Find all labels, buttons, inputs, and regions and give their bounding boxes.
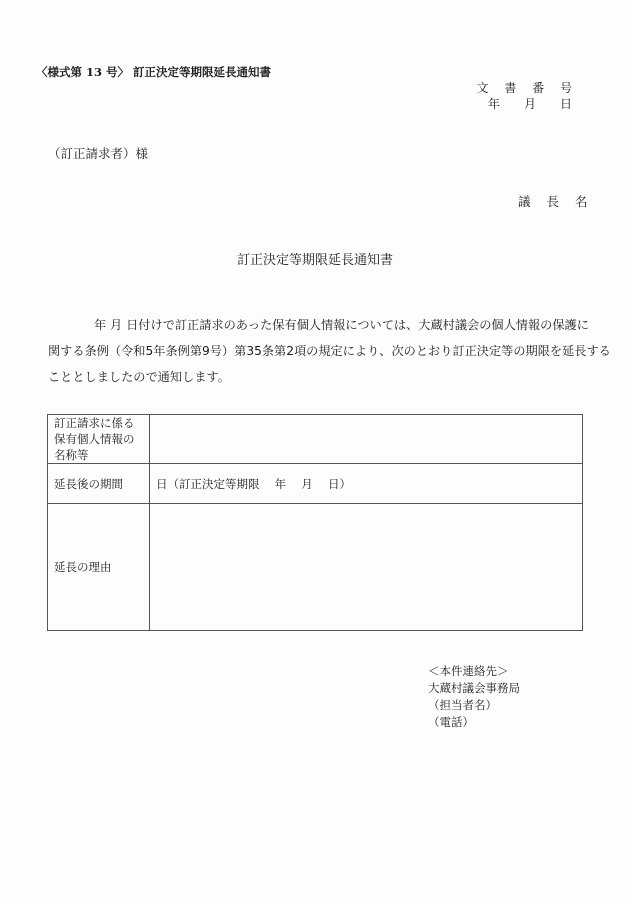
contact-block: ＜本件連絡先＞ 大蔵村議会事務局 （担当者名） （電話） <box>428 663 520 731</box>
row-label-info-name: 訂正請求に係る 保有個人情報の 名称等 <box>48 415 150 464</box>
row-value-info-name <box>150 415 583 464</box>
contact-person: （担当者名） <box>428 697 520 714</box>
row-value-extended-period: 日（訂正決定等期限 年 月 日） <box>150 464 583 504</box>
body-line: 年 月 日付けで訂正請求のあった保有個人情報については、大蔵村議会の個人情報の保… <box>48 312 588 338</box>
document-meta: 文 書 番 号 年 月 日 <box>477 80 578 112</box>
contact-phone: （電話） <box>428 714 520 731</box>
table-row: 延長の理由 <box>48 504 583 631</box>
contact-heading: ＜本件連絡先＞ <box>428 663 520 680</box>
body-paragraph: 年 月 日付けで訂正請求のあった保有個人情報については、大蔵村議会の個人情報の保… <box>48 312 588 390</box>
contact-office: 大蔵村議会事務局 <box>428 680 520 697</box>
row-value-extension-reason <box>150 504 583 631</box>
row-label-extended-period: 延長後の期間 <box>48 464 150 504</box>
table-row: 延長後の期間 日（訂正決定等期限 年 月 日） <box>48 464 583 504</box>
details-table: 訂正請求に係る 保有個人情報の 名称等 延長後の期間 日（訂正決定等期限 年 月… <box>47 414 583 631</box>
sender-name: 議 長 名 <box>518 192 593 210</box>
body-line: 関する条例（令和5年条例第9号）第35条第2項の規定により、次のとおり訂正決定等… <box>48 338 588 364</box>
table-row: 訂正請求に係る 保有個人情報の 名称等 <box>48 415 583 464</box>
row-label-extension-reason: 延長の理由 <box>48 504 150 631</box>
form-number: 〈様式第 13 号〉 訂正決定等期限延長通知書 <box>36 64 271 80</box>
document-title: 訂正決定等期限延長通知書 <box>0 249 630 268</box>
document-date: 年 月 日 <box>477 96 578 112</box>
addressee: （訂正請求者）様 <box>48 144 148 162</box>
body-line: こととしましたので通知します。 <box>48 364 588 390</box>
document-number: 文 書 番 号 <box>477 80 578 96</box>
